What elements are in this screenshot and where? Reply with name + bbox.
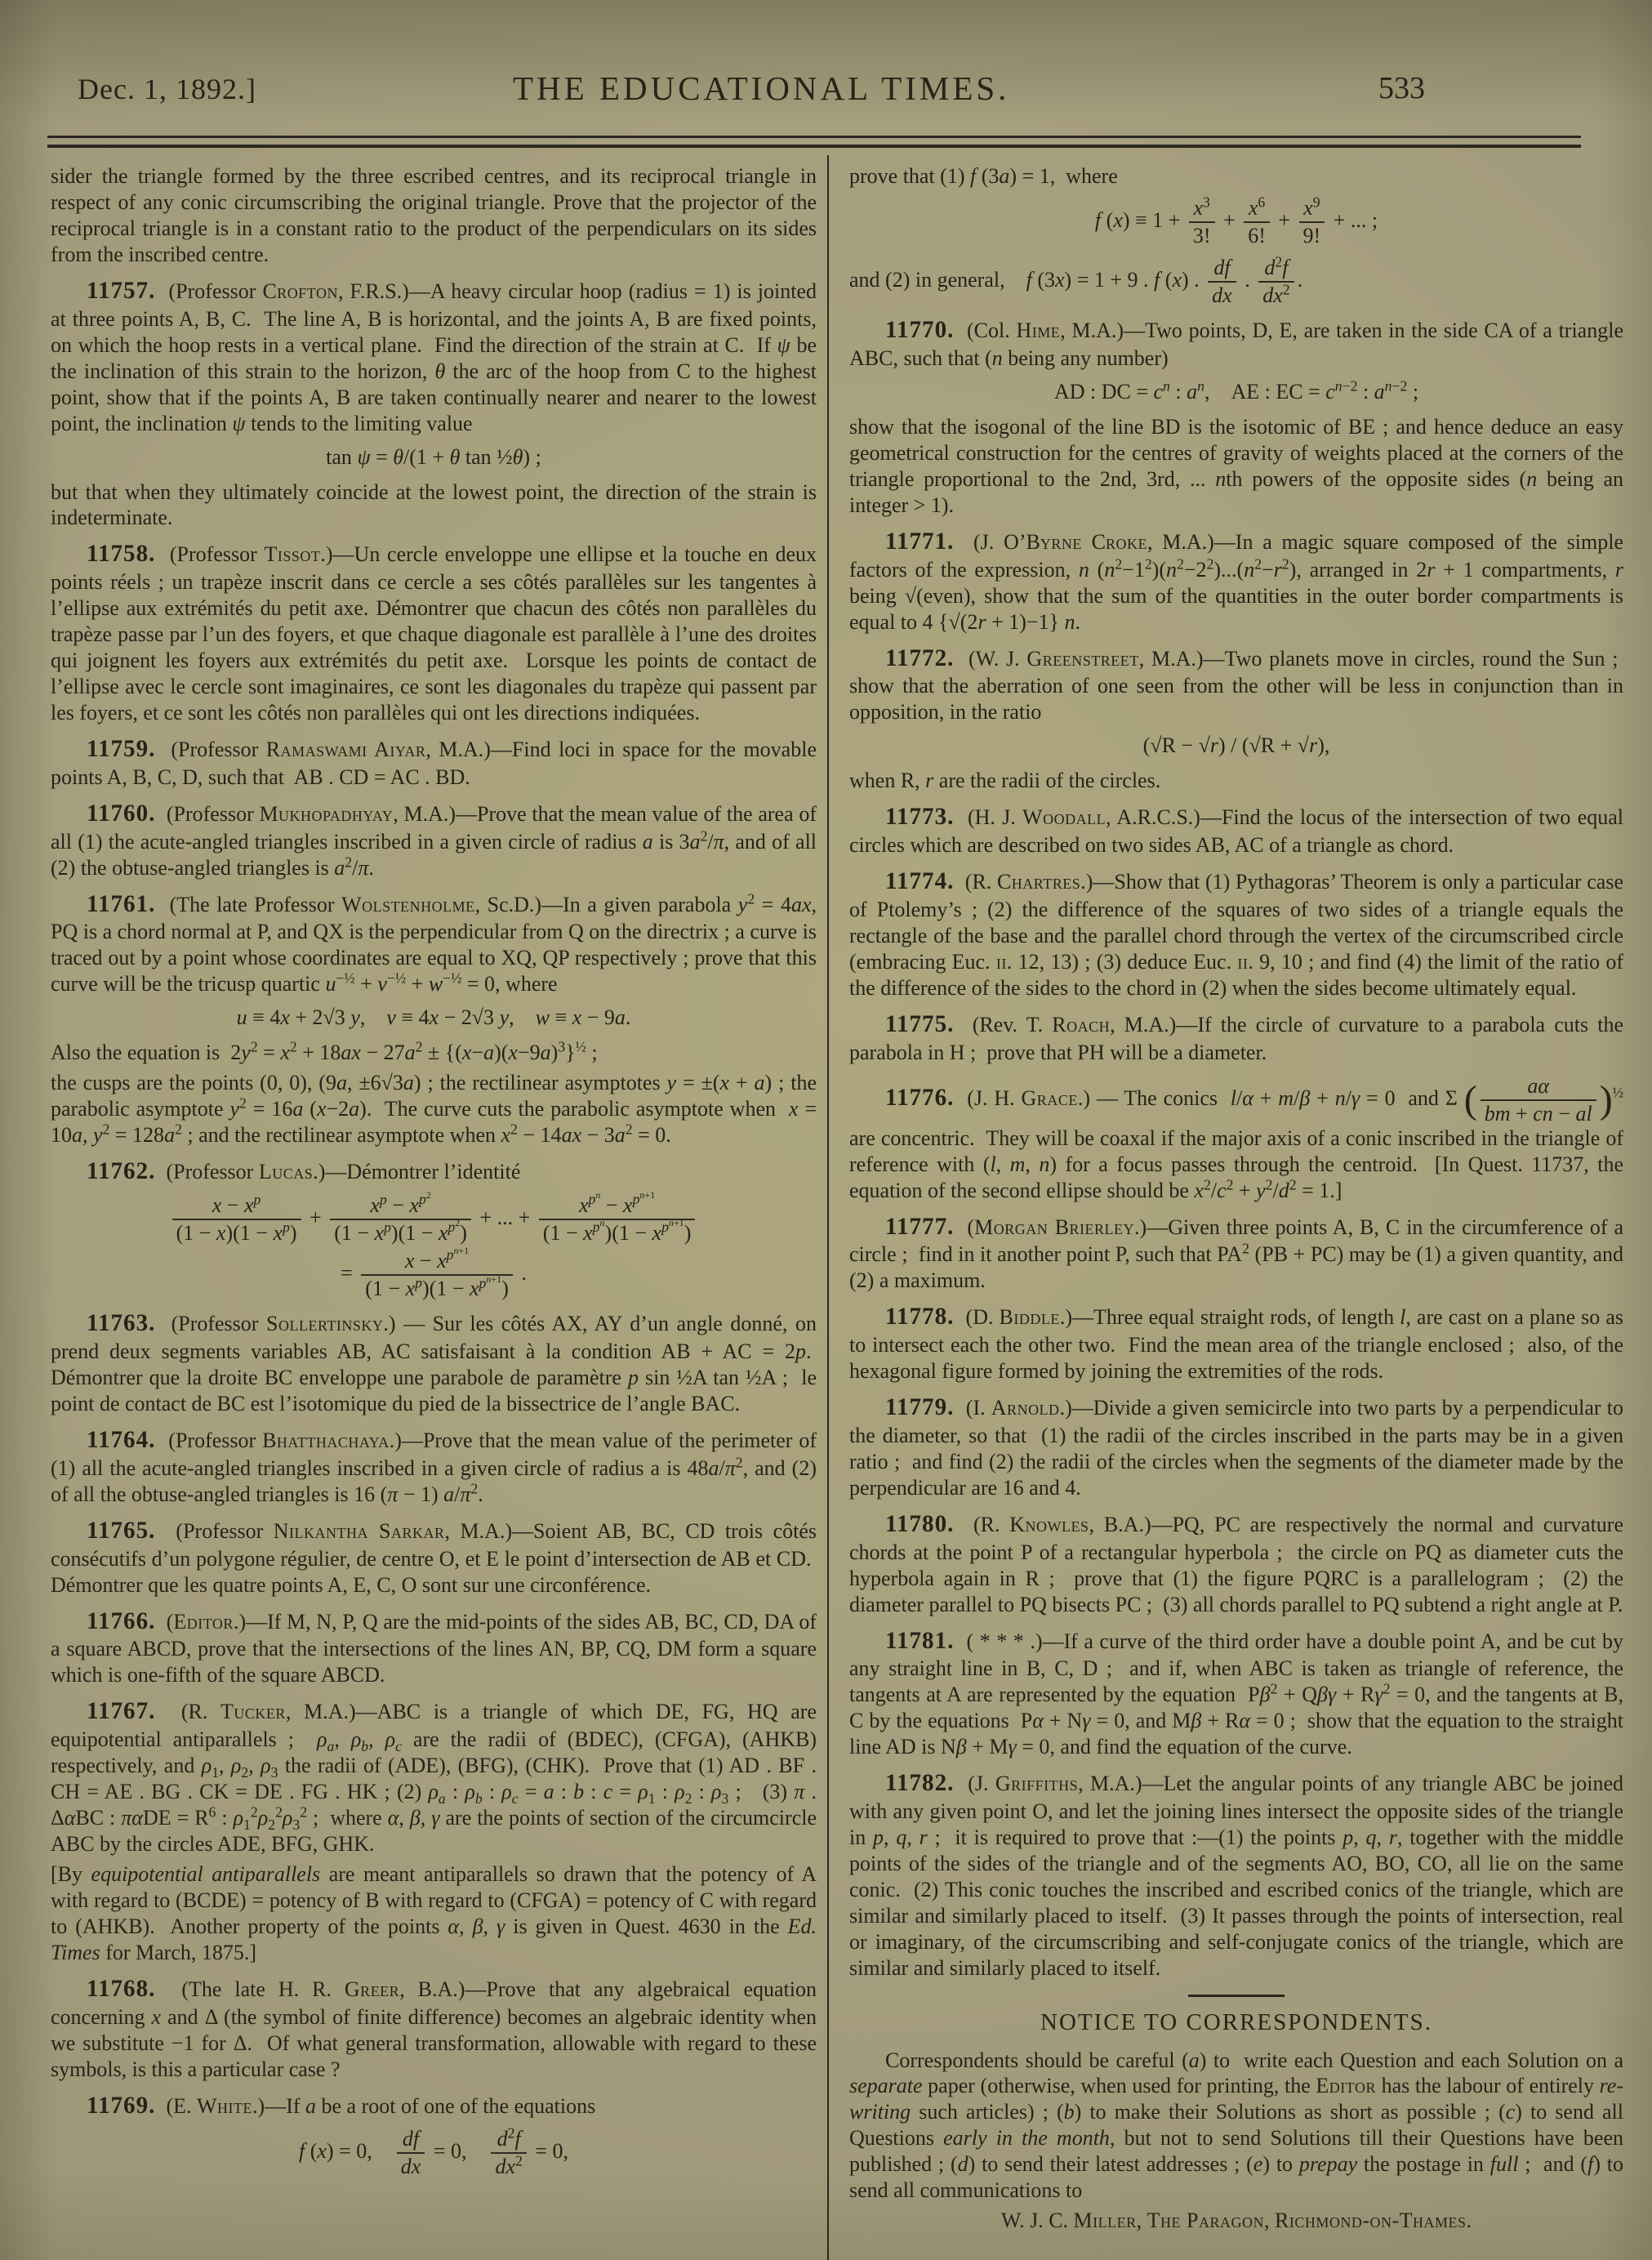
column-right: prove that (1) f (3a) = 1, wheref (x) ≡ …	[849, 163, 1623, 2254]
question-11768: 11768. (The late H. R. Greer, B.A.)—Prov…	[51, 1975, 817, 2083]
paragraph: the cusps are the points (0, 0), (9a, ±6…	[51, 1070, 817, 1148]
paragraph: and (2) in general, f (3x) = 1 + 9 . f (…	[849, 256, 1623, 307]
notice-heading: NOTICE TO CORRESPONDENTS.	[849, 2008, 1623, 2038]
question-11775: 11775. (Rev. T. Roach, M.A.)—If the circ…	[849, 1010, 1623, 1066]
question-number: 11774.	[885, 868, 954, 894]
question-number: 11778.	[885, 1304, 954, 1330]
question-number: 11768.	[87, 1976, 155, 2002]
question-11779: 11779. (I. Arnold.)—Divide a given semic…	[849, 1393, 1623, 1501]
question-number: 11772.	[885, 645, 954, 671]
question-11776: 11776. (J. H. Grace.) — The conics l/α +…	[849, 1075, 1623, 1204]
question-number: 11767.	[87, 1698, 155, 1724]
question-number: 11757.	[87, 278, 155, 304]
display-formula: x − xp(1 − x)(1 − xp) + xp − xp2(1 − xp)…	[51, 1194, 817, 1300]
question-number: 11780.	[885, 1511, 954, 1537]
question-number: 11779.	[885, 1394, 954, 1420]
question-11762: 11762. (Professor Lucas.)—Démontrer l’id…	[51, 1157, 817, 1187]
question-number: 11758.	[87, 541, 155, 567]
question-number: 11773.	[885, 804, 954, 830]
question-number: 11765.	[87, 1518, 155, 1544]
question-number: 11761.	[87, 891, 155, 917]
question-11760: 11760. (Professor Mukhopadhyay, M.A.)—Pr…	[51, 800, 817, 881]
display-formula: f (x) ≡ 1 + x33! + x66! + x99! + ... ;	[849, 197, 1623, 247]
question-number: 11760.	[87, 800, 155, 827]
question-11773: 11773. (H. J. Woodall, A.R.C.S.)—Find th…	[849, 803, 1623, 858]
paragraph: show that the isogonal of the line BD is…	[849, 414, 1623, 519]
question-number: 11763.	[87, 1310, 155, 1336]
editorial-note: [By equipotential antiparallels are mean…	[51, 1861, 817, 1966]
issue-date: Dec. 1, 1892.]	[78, 72, 256, 106]
question-11777: 11777. (Morgan Brierley.)—Given three po…	[849, 1213, 1623, 1295]
paragraph: prove that (1) f (3a) = 1, where	[849, 163, 1623, 189]
question-11782: 11782. (J. Griffiths, M.A.)—Let the angu…	[849, 1769, 1623, 1981]
correspondence-address: W. J. C. Miller, The Paragon, Richmond-o…	[849, 2208, 1623, 2234]
question-number: 11769.	[87, 2093, 155, 2119]
question-number: 11776.	[885, 1085, 954, 1111]
header-rule	[47, 136, 1581, 148]
question-11774: 11774. (R. Chartres.)—Show that (1) Pyth…	[849, 867, 1623, 1001]
display-formula: AD : DC = cn : an, AE : EC = cn−2 : an−2…	[849, 379, 1623, 405]
question-number: 11771.	[885, 528, 954, 555]
question-11778: 11778. (D. Biddle.)—Three equal straight…	[849, 1303, 1623, 1384]
question-number: 11766.	[87, 1608, 155, 1634]
page-number: 533	[1378, 70, 1425, 106]
question-11781: 11781. ( * * * .)—If a curve of the thir…	[849, 1627, 1623, 1761]
question-11770: 11770. (Col. Hime, M.A.)—Two points, D, …	[849, 316, 1623, 372]
paragraph: when R, r are the radii of the circles.	[849, 768, 1623, 794]
question-11780: 11780. (R. Knowles, B.A.)—PQ, PC are res…	[849, 1510, 1623, 1618]
question-11758: 11758. (Professor Tissot.)—Un cercle env…	[51, 540, 817, 726]
question-11759: 11759. (Professor Ramaswami Aiyar, M.A.)…	[51, 735, 817, 791]
page-title: THE EDUCATIONAL TIMES.	[513, 69, 1009, 108]
paragraph: Also the equation is 2y2 = x2 + 18ax − 2…	[51, 1040, 817, 1066]
question-11771: 11771. (J. O’Byrne Croke, M.A.)—In a mag…	[849, 528, 1623, 635]
question-11763: 11763. (Professor Sollertinsky.) — Sur l…	[51, 1309, 817, 1417]
column-divider	[827, 155, 829, 2260]
question-number: 11777.	[885, 1214, 954, 1240]
question-11765: 11765. (Professor Nilkantha Sarkar, M.A.…	[51, 1517, 817, 1598]
display-formula: u ≡ 4x + 2√3 y, v ≡ 4x − 2√3 y, w ≡ x − …	[51, 1005, 817, 1031]
question-11769: 11769. (E. White.)—If a be a root of one…	[51, 2092, 817, 2121]
question-11772: 11772. (W. J. Greenstreet, M.A.)—Two pla…	[849, 644, 1623, 726]
question-number: 11759.	[87, 736, 155, 762]
question-11767: 11767. (R. Tucker, M.A.)—ABC is a triang…	[51, 1697, 817, 1857]
question-number: 11781.	[885, 1628, 954, 1654]
question-number: 11770.	[885, 317, 954, 343]
page: Dec. 1, 1892.] THE EDUCATIONAL TIMES. 53…	[0, 0, 1652, 2260]
section-rule	[1188, 1995, 1285, 1997]
question-11764: 11764. (Professor Bhatthachaya.)—Prove t…	[51, 1426, 817, 1508]
display-formula: (√R − √r) / (√R + √r),	[849, 733, 1623, 759]
question-number: 11764.	[87, 1427, 155, 1453]
notice-body: Correspondents should be careful (a) to …	[849, 2048, 1623, 2204]
paragraph: sider the triangle formed by the three e…	[51, 163, 817, 268]
question-number: 11775.	[885, 1011, 954, 1037]
paragraph: but that when they ultimately coincide a…	[51, 479, 817, 532]
question-11761: 11761. (The late Professor Wolstenholme,…	[51, 890, 817, 998]
question-11757: 11757. (Professor Crofton, F.R.S.)—A hea…	[51, 277, 817, 437]
question-number: 11782.	[885, 1770, 954, 1796]
question-number: 11762.	[87, 1158, 155, 1184]
display-formula: tan ψ = θ/(1 + θ tan ½θ) ;	[51, 444, 817, 470]
display-formula: f (x) = 0, dfdx = 0, d2fdx2 = 0,	[51, 2128, 817, 2178]
question-11766: 11766. (Editor.)—If M, N, P, Q are the m…	[51, 1607, 817, 1689]
column-left: sider the triangle formed by the three e…	[51, 163, 817, 2254]
